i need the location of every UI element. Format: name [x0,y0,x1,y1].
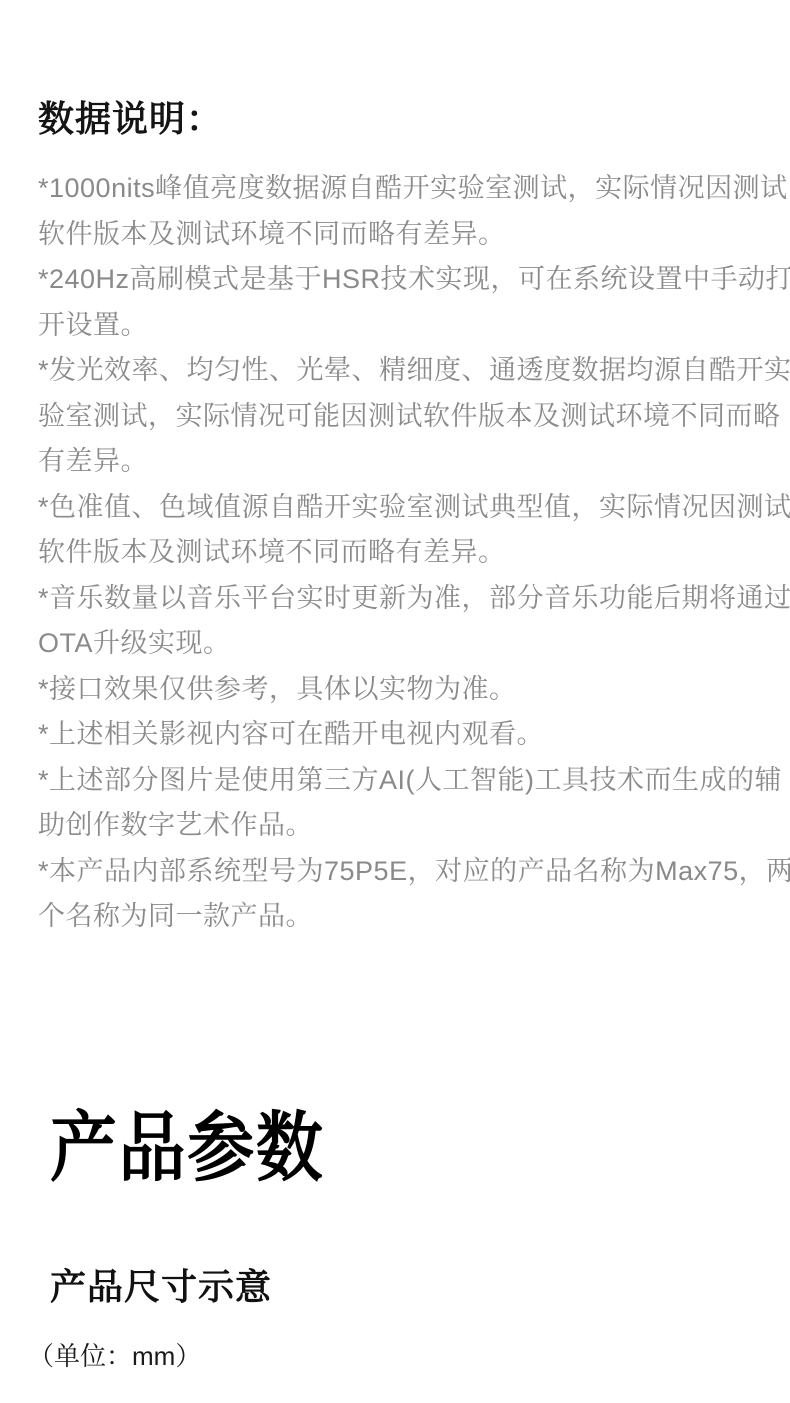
data-notes-heading: 数据说明： [38,98,750,140]
unit-label: （单位：mm） [28,1341,750,1371]
note-line: *1000nits峰值亮度数据源自酷开实验室测试，实际情况因测试 [38,166,750,212]
note-line: *240Hz高刷模式是基于HSR技术实现，可在系统设置中手动打 [38,257,750,303]
data-notes-list: *1000nits峰值亮度数据源自酷开实验室测试，实际情况因测试软件版本及测试环… [38,166,750,940]
note-line: *上述相关影视内容可在酷开电视内观看。 [38,712,750,758]
product-params-heading: 产品参数 [50,1107,666,1191]
note-line: *接口效果仅供参考，具体以实物为准。 [38,667,750,713]
note-line: 验室测试，实际情况可能因测试软件版本及测试环境不同而略 [38,394,750,440]
note-line: 软件版本及测试环境不同而略有差异。 [38,212,750,258]
note-line: *音乐数量以音乐平台实时更新为准，部分音乐功能后期将通过 [38,576,750,622]
note-line: 有差异。 [38,439,750,485]
dimension-section-heading: 产品尺寸示意 [50,1266,750,1308]
product-params-section: 产品参数 产品尺寸示意 （单位：mm） [0,1107,790,1371]
note-line: 助创作数字艺术作品。 [38,803,750,849]
note-line: *色准值、色域值源自酷开实验室测试典型值，实际情况因测试 [38,485,750,531]
note-line: *本产品内部系统型号为75P5E，对应的产品名称为Max75，两 [38,849,750,895]
note-line: *上述部分图片是使用第三方AI(人工智能)工具技术而生成的辅 [38,758,750,804]
note-line: 软件版本及测试环境不同而略有差异。 [38,530,750,576]
note-line: *发光效率、均匀性、光晕、精细度、通透度数据均源自酷开实 [38,348,750,394]
note-line: 开设置。 [38,303,750,349]
note-line: 个名称为同一款产品。 [38,894,750,940]
data-notes-section: 数据说明： *1000nits峰值亮度数据源自酷开实验室测试，实际情况因测试软件… [0,98,790,940]
note-line: OTA升级实现。 [38,621,750,667]
product-detail-page: 数据说明： *1000nits峰值亮度数据源自酷开实验室测试，实际情况因测试软件… [0,0,790,1403]
